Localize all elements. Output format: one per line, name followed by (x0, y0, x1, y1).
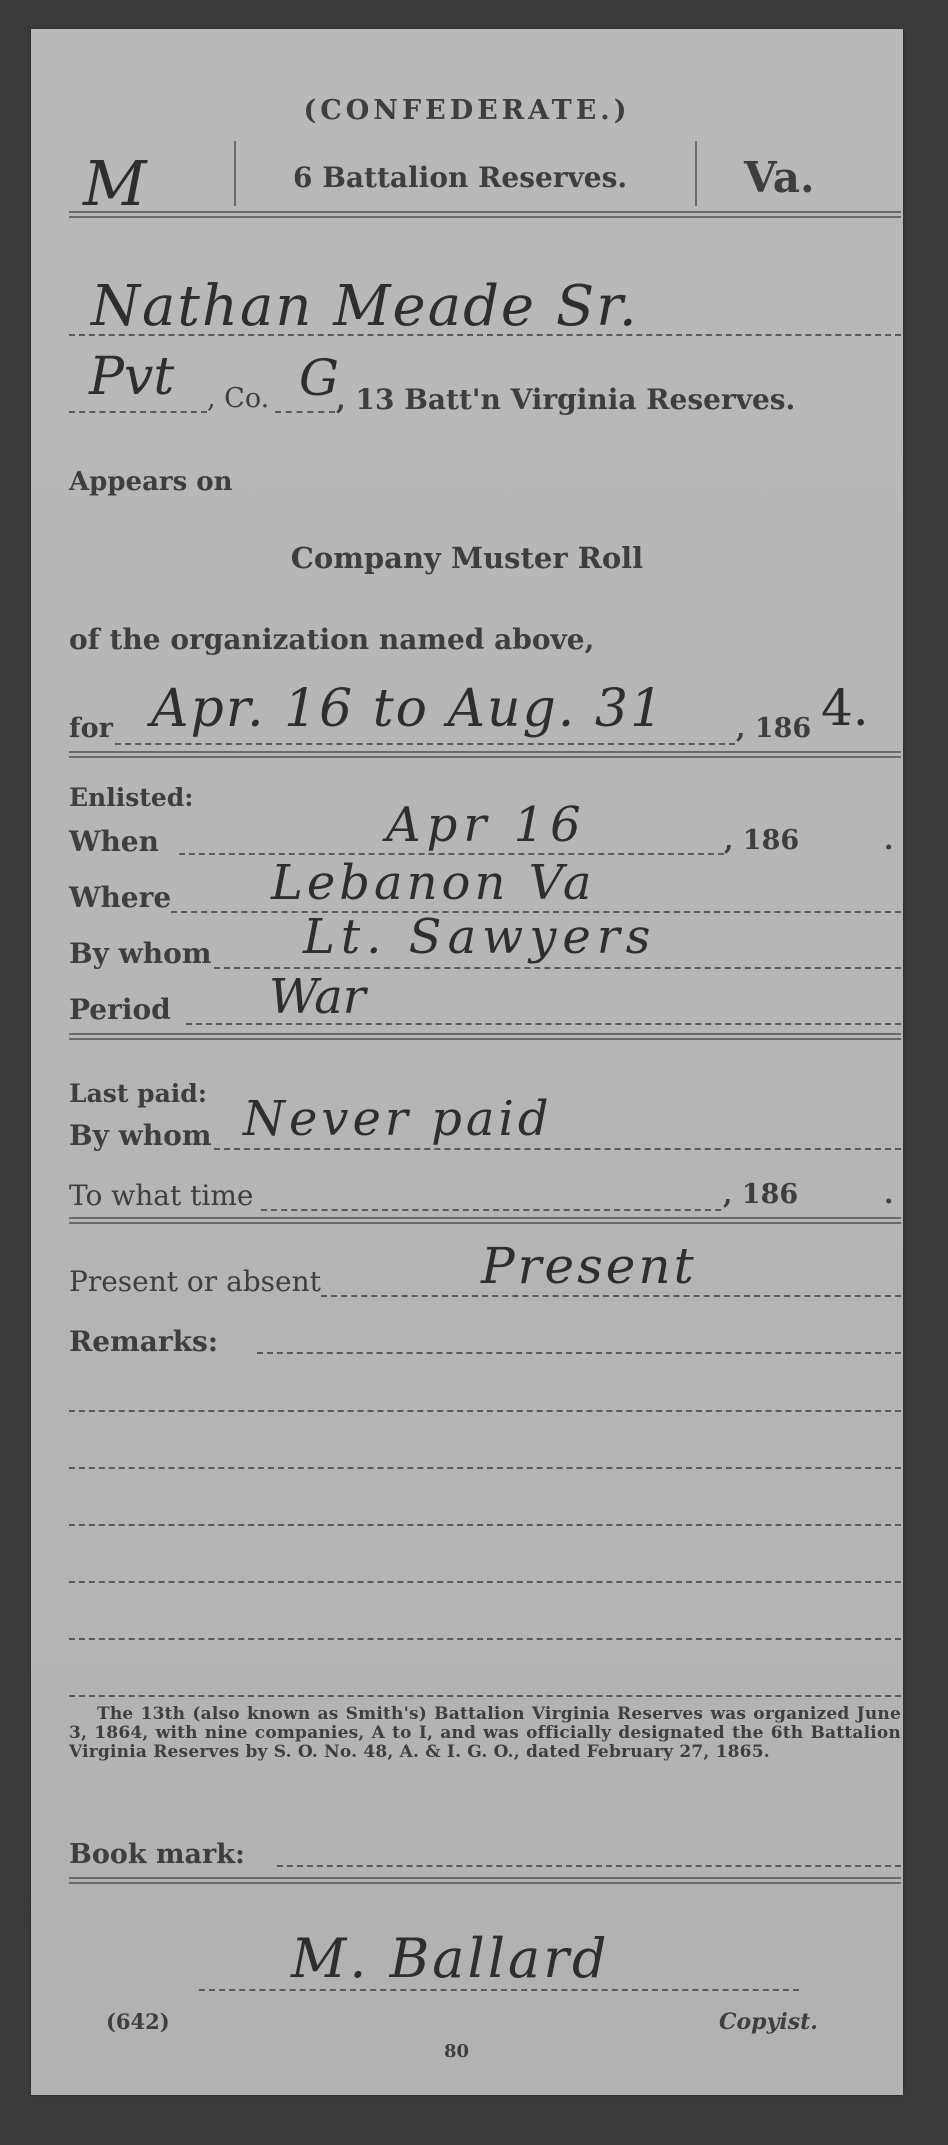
rank-line (69, 411, 207, 413)
organization-line: of the organization named above, (69, 623, 594, 656)
bookmark-label: Book mark: (69, 1839, 245, 1870)
initial-letter: M (83, 147, 146, 220)
enlisted-by-whom-value: Lt. Sawyers (303, 909, 656, 965)
period-line (115, 743, 735, 745)
enlisted-when-year: , 186 (724, 825, 799, 856)
roll-year-suffix: 4. (821, 679, 869, 737)
last-paid-by-whom-line (214, 1148, 901, 1150)
remarks-label: Remarks: (69, 1325, 218, 1358)
enlisted-heading: Enlisted: (69, 783, 193, 812)
for-label: for (69, 713, 113, 744)
last-paid-by-whom-label: By whom (69, 1119, 211, 1152)
bookmark-line (277, 1865, 901, 1867)
remarks-line-3 (69, 1467, 901, 1469)
page-number: 80 (444, 2041, 469, 2062)
to-what-time-year: , 186 (723, 1179, 798, 1210)
appears-on-label: Appears on (69, 467, 233, 497)
present-absent-line (321, 1295, 901, 1297)
enlisted-where-label: Where (69, 881, 171, 914)
unit-heading: 6 Battalion Reserves. (293, 161, 627, 194)
enlisted-when-label: When (69, 825, 159, 858)
header-rule (69, 211, 901, 218)
last-paid-by-whom-value: Never paid (243, 1091, 553, 1147)
company-label: , Co. (207, 383, 269, 414)
copyist-label: Copyist. (719, 2009, 818, 2035)
remarks-line-1 (257, 1352, 901, 1354)
remarks-line-5 (69, 1581, 901, 1583)
enlisted-where-value: Lebanon Va (271, 855, 595, 911)
remarks-line-7 (69, 1695, 901, 1697)
roll-period: Apr. 16 to Aug. 31 (151, 679, 665, 739)
present-absent-value: Present (481, 1237, 697, 1295)
period-rule (69, 751, 901, 758)
to-what-time-dot: . (884, 1179, 893, 1210)
present-absent-label: Present or absent (69, 1265, 321, 1298)
last-paid-heading: Last paid: (69, 1079, 207, 1108)
enlisted-rule (69, 1033, 901, 1040)
bookmark-rule (69, 1877, 901, 1884)
last-paid-rule (69, 1217, 901, 1224)
to-what-time-label: To what time (69, 1179, 253, 1212)
battalion-line: , 13 Batt'n Virginia Reserves. (336, 383, 795, 416)
roll-year-prefix: , 186 (736, 713, 811, 744)
remarks-line-4 (69, 1524, 901, 1526)
soldier-name: Nathan Meade Sr. (91, 274, 639, 339)
enlisted-by-whom-label: By whom (69, 937, 211, 970)
roll-type: Company Muster Roll (31, 541, 903, 575)
copyist-signature: M. Ballard (291, 1927, 610, 1990)
confederate-title: (CONFEDERATE.) (31, 95, 903, 126)
company-value: G (299, 349, 339, 407)
battalion-footnote: The 13th (also known as Smith's) Battali… (69, 1705, 901, 1762)
enlisted-when-value: Apr 16 (386, 797, 587, 853)
enlisted-period-value: War (269, 969, 366, 1025)
enlisted-period-label: Period (69, 993, 171, 1026)
rank-value: Pvt (89, 347, 174, 407)
muster-roll-card: (CONFEDERATE.) M 6 Battalion Reserves. V… (31, 29, 903, 2095)
header-divider-left (234, 141, 236, 206)
company-line (275, 411, 335, 413)
remarks-line-6 (69, 1638, 901, 1640)
header-divider-right (695, 141, 697, 206)
enlisted-when-dot: . (884, 825, 893, 856)
form-number: (642) (106, 2009, 170, 2034)
remarks-line-2 (69, 1410, 901, 1412)
to-what-time-line (261, 1209, 721, 1211)
state-heading: Va. (744, 153, 815, 202)
